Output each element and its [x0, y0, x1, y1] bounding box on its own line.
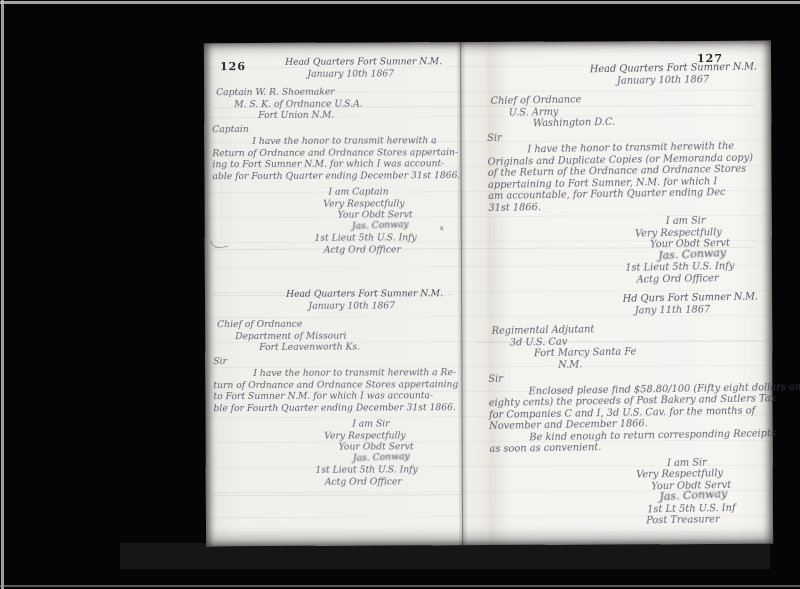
letter-line: Sir: [213, 355, 455, 368]
letter-line: Captain: [212, 123, 454, 136]
film-edge-bottom: [0, 585, 800, 587]
letter-line: Fort Leavenworth Ks.: [213, 341, 455, 354]
letter-to-chief-ordnance-washington: Head Quarters Fort Sumner N.M.January 10…: [486, 61, 773, 288]
letter-line: ble for Fourth Quarter ending December 3…: [213, 402, 455, 415]
letter-to-capt-shoemaker: Head Quarters Fort Sumner N.M.January 10…: [212, 56, 455, 256]
page-126: 126 Head Quarters Fort Sumner N.M.Januar…: [204, 42, 459, 546]
film-edge-top: [0, 1, 800, 4]
stray-ink-mark: x: [440, 226, 444, 231]
page-127: 127 Head Quarters Fort Sumner N.M.Januar…: [466, 41, 773, 545]
letter-line: January 10th 1867: [212, 68, 454, 81]
letter-line: Actg Ord Officer: [214, 476, 456, 489]
ledger-spread: 126 Head Quarters Fort Sumner N.M.Januar…: [204, 41, 773, 546]
letter-line: able for Fourth Quarter ending December …: [212, 170, 454, 183]
page-bottom-shadow: [120, 543, 770, 569]
microfilm-frame: 126 Head Quarters Fort Sumner N.M.Januar…: [0, 0, 800, 589]
letter-line: Fort Union N.M.: [212, 109, 454, 122]
letter-line: Actg Ord Officer: [213, 244, 455, 257]
letter-line: January 10th 1867: [213, 300, 455, 313]
film-edge-left: [1, 0, 4, 589]
letter-to-chief-ordnance-missouri: Head Quarters Fort Sumner N.M.January 10…: [213, 288, 456, 488]
letter-to-regimental-adjutant: Hd Qurs Fort Sumner N.M.Jany 11th 1867Re…: [487, 291, 774, 529]
